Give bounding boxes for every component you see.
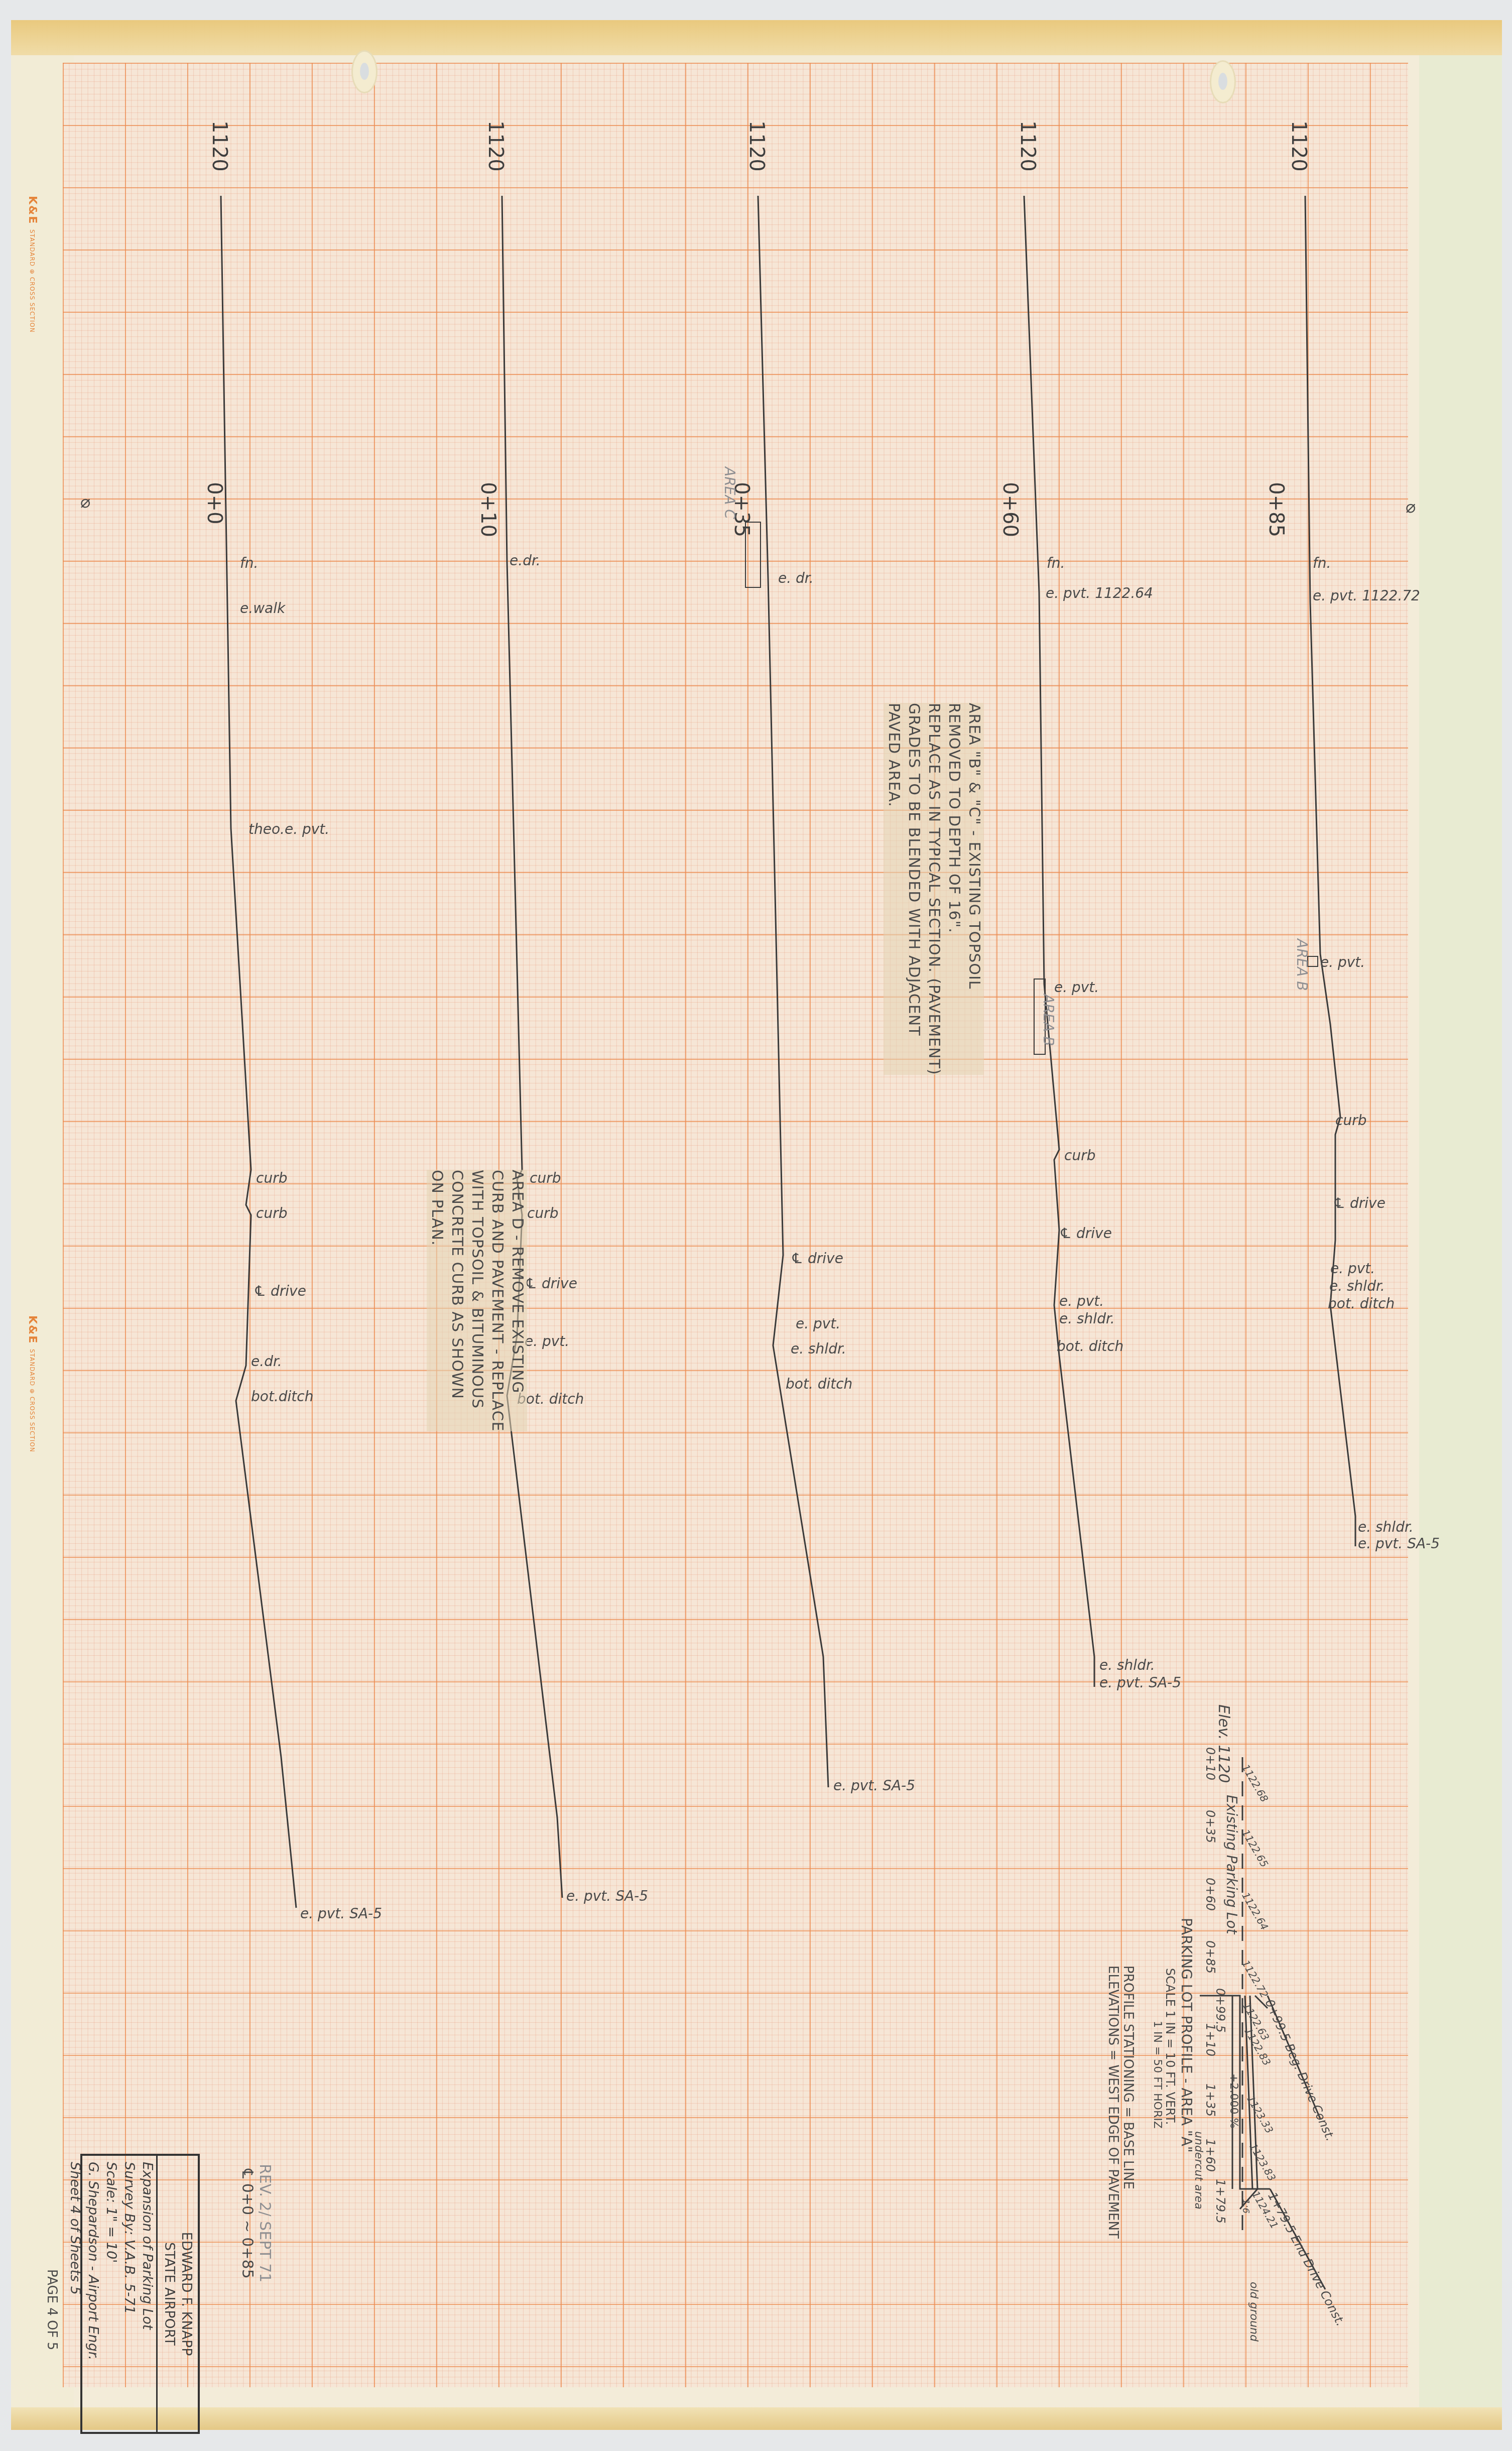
profile-label: e. shldr. (1059, 1310, 1115, 1327)
profile-label: bot. ditch (1328, 1295, 1395, 1312)
profile-label: fn. (1313, 555, 1331, 571)
legend-station: 0+60 (1203, 1878, 1217, 1911)
station-label: 0+10 (476, 482, 499, 537)
elevation-label: 1120 (1016, 120, 1039, 172)
profile-label: e. pvt. (1054, 979, 1099, 996)
legend-existing-label: Existing Parking Lot (1223, 1795, 1240, 1934)
elevation-label: 1120 (208, 120, 231, 172)
profile-label: e. pvt. (1330, 1260, 1375, 1277)
profile-label: ℄ drive (791, 1250, 843, 1267)
legend-station: 1+35 (1203, 2084, 1217, 2117)
legend-station: 1+79.5 (1213, 2179, 1227, 2224)
profile-label: e. dr. (778, 570, 814, 586)
profile-line-0-10 (502, 196, 562, 1898)
profile-label: e.dr. (510, 552, 541, 569)
profile-line-0-0 (221, 196, 296, 1908)
profile-label: e. pvt. (1059, 1293, 1104, 1309)
legend-scale-vert: SCALE 1 IN = 10 FT. VERT. (1163, 1968, 1177, 2125)
profile-label: curb (1064, 1147, 1095, 1164)
title-sheet: Sheet 4 of Sheets 5 (66, 2156, 84, 2432)
revision-note: REV. 2/ SEPT 71 (256, 2164, 274, 2282)
north-arrow-icon: ⌀ (1406, 497, 1416, 517)
station-label: 0+85 (1265, 482, 1288, 537)
profile-label: e. pvt. 1122.64 (1046, 585, 1153, 601)
profile-label: e. pvt. SA-5 (1358, 1535, 1440, 1552)
profile-label: e.dr. (251, 1353, 282, 1370)
legend-station: 0+85 (1203, 1940, 1217, 1974)
station-label: 0+60 (998, 482, 1022, 537)
area-label: AREA B (1294, 939, 1310, 991)
profile-label: bot.ditch (251, 1388, 313, 1405)
elevation-label: 1120 (745, 120, 768, 172)
profile-label: ℄ drive (1333, 1195, 1385, 1211)
title-owner-1: EDWARD F. KNAPP (178, 2156, 195, 2432)
profile-label: ℄ drive (254, 1283, 306, 1299)
revision-range: ℄ 0+0 ~ 0+85 (238, 2169, 256, 2279)
legend-station: 1+10 (1203, 2023, 1217, 2056)
elevation-label: 1120 (1287, 120, 1310, 172)
profile-label: e. pvt. 1122.72 (1313, 587, 1420, 604)
profile-label: curb (256, 1170, 287, 1186)
legend-scale-horiz: 1 IN = 50 FT HORIZ (1151, 2021, 1164, 2129)
area-d-note: AREA D - REMOVE EXISTING CURB AND PAVEME… (427, 1170, 527, 1431)
title-survey: Survey By: V.A.B. 5-71 (120, 2156, 138, 2432)
slope-label: 1:6 (1240, 2199, 1251, 2214)
profile-line-0-35 (758, 196, 828, 1787)
title-owner-2: STATE AIRPORT (161, 2156, 178, 2432)
profile-label: theo.e. pvt. (248, 821, 329, 837)
legend-station: 0+35 (1203, 1810, 1217, 1843)
elevation-label: 1120 (484, 120, 507, 172)
profile-label: e. pvt. (1320, 954, 1365, 970)
title-engineer: G. Shepardson - Airport Engr. (84, 2156, 102, 2432)
area-label: AREA C (721, 467, 738, 519)
profile-label: fn. (240, 555, 259, 571)
profile-label: e. shldr. (1099, 1657, 1155, 1673)
profile-label: curb (256, 1205, 287, 1221)
grade-label: +2.000 % (1227, 2073, 1240, 2128)
title-project: Expansion of Parking Lot (138, 2156, 156, 2432)
profile-line-0-85 (1305, 196, 1355, 1546)
legend-stationing: PROFILE STATIONING = BASE LINE (1120, 1966, 1136, 2189)
profile-label: e.walk (240, 600, 285, 617)
profile-label: e. pvt. SA-5 (833, 1777, 915, 1794)
legend-station: 1+60 (1203, 2139, 1217, 2172)
page-label: PAGE 4 OF 5 (44, 2269, 59, 2350)
profile-label: e. pvt. (796, 1315, 840, 1332)
station-label: 0+0 (203, 482, 226, 524)
north-arrow-icon: ⌀ (80, 492, 90, 512)
area-label: AREA B (1040, 994, 1057, 1046)
legend-elevations-note: ELEVATIONS = WEST EDGE OF PAVEMENT (1105, 1966, 1120, 2239)
title-block: EDWARD F. KNAPP STATE AIRPORT Expansion … (80, 2154, 200, 2434)
profile-label: ℄ drive (1059, 1225, 1112, 1242)
old-ground-label: old ground (1247, 2282, 1260, 2342)
profile-label: e. pvt. SA-5 (300, 1905, 382, 1922)
area-bc-note: AREA "B" & "C" - EXISTING TOPSOIL REMOVE… (884, 703, 984, 1075)
profile-label: ℄ drive (525, 1275, 577, 1292)
profile-line-0-60 (1024, 196, 1094, 1687)
profile-label: fn. (1047, 555, 1065, 571)
profile-label: curb (527, 1205, 558, 1221)
profile-lines (0, 0, 1512, 2451)
profile-label: e. shldr. (1358, 1519, 1414, 1535)
profile-label: bot. ditch (517, 1391, 584, 1407)
legend-elev-label: Elev. 1120 (1215, 1704, 1232, 1783)
title-scale: Scale: 1" = 10' (102, 2156, 120, 2432)
profile-label: e. pvt. (525, 1333, 569, 1350)
profile-label: e. shldr. (791, 1340, 846, 1357)
profile-label: e. shldr. (1329, 1278, 1385, 1294)
profile-label: curb (530, 1170, 561, 1186)
profile-label: bot. ditch (786, 1376, 852, 1392)
legend-station: 0+10 (1203, 1747, 1217, 1780)
profile-label: e. pvt. SA-5 (1099, 1674, 1181, 1691)
legend-title: PARKING LOT PROFILE - AREA "A" (1178, 1918, 1195, 2153)
profile-label: curb (1335, 1112, 1366, 1129)
profile-label: bot. ditch (1057, 1338, 1123, 1355)
profile-label: e. pvt. SA-5 (566, 1888, 648, 1904)
